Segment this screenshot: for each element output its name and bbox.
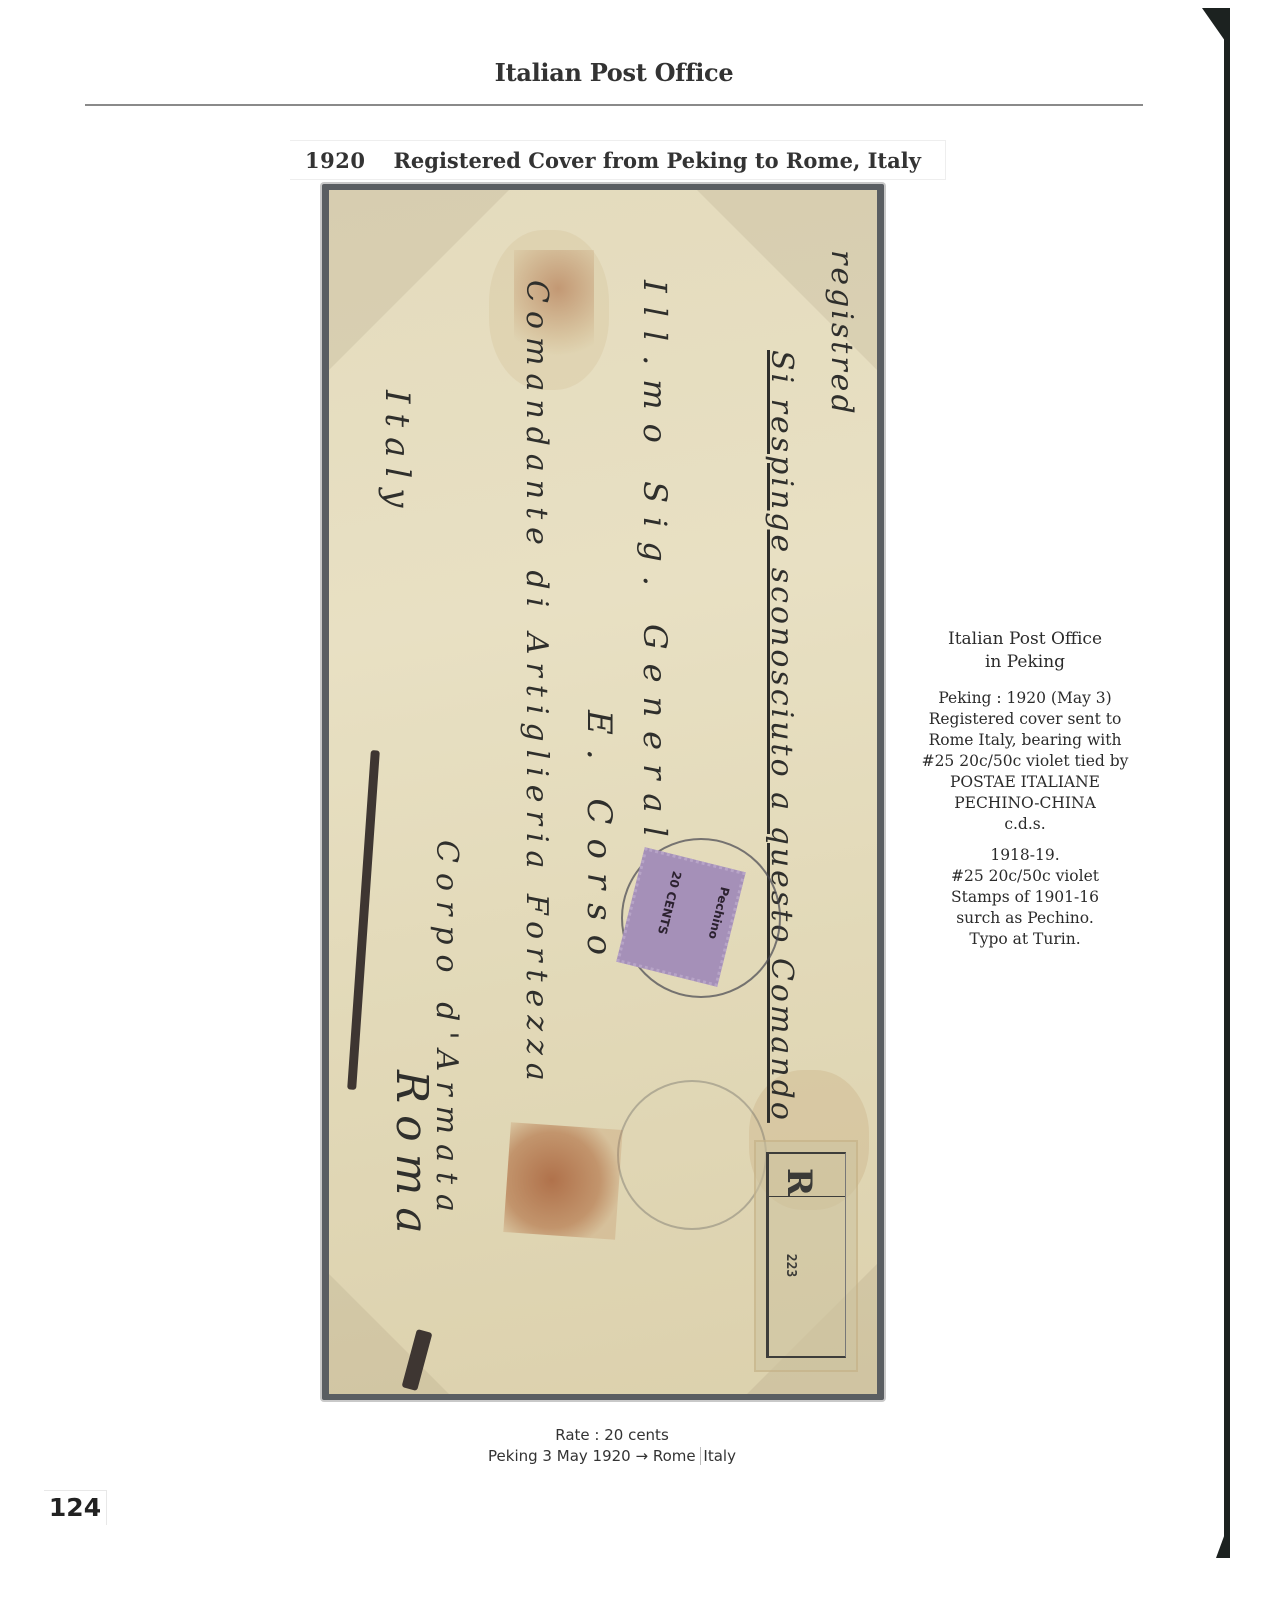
page-title: Italian Post Office	[0, 58, 1228, 87]
cover-year: 1920	[305, 148, 365, 173]
arrow-icon: →	[635, 1447, 648, 1465]
registered-cover-image: registred Si respinge sconosciuto a ques…	[329, 190, 877, 1394]
cover-heading: 1920 Registered Cover from Peking to Rom…	[290, 140, 946, 180]
address-line: E. Corso	[579, 710, 619, 969]
page-edge-corner-bottom	[1216, 1520, 1230, 1558]
cover-heading-text: Registered Cover from Peking to Rome, It…	[393, 148, 920, 173]
description-heading: Italian Post Office in Peking	[905, 628, 1145, 674]
rate-text: Rate : 20 cents	[0, 1425, 1224, 1446]
cover-image-frame: registred Si respinge sconosciuto a ques…	[322, 184, 884, 1400]
registration-letter: R	[779, 1168, 819, 1196]
address-line: Italy	[377, 390, 417, 517]
address-line: Ill.mo Sig. Generale	[636, 280, 674, 884]
description-paragraph-2: 1918-19. #25 20c/50c violet Stamps of 19…	[905, 845, 1145, 950]
address-line: Roma	[386, 1070, 437, 1246]
address-line: Si respinge sconosciuto a questo Comando	[764, 350, 799, 1123]
registered-endorsement: registred	[824, 250, 859, 417]
stamp-surcharge-place: Pechino	[706, 885, 733, 940]
address-line: Comandante di Artiglieria Fortezza	[519, 280, 554, 1089]
page-edge	[1224, 8, 1230, 1558]
registration-number: 223	[783, 1254, 798, 1277]
description-paragraph-1: Peking : 1920 (May 3) Registered cover s…	[905, 688, 1145, 835]
registration-label: R 223	[754, 1140, 858, 1372]
title-divider	[85, 104, 1143, 106]
stamp-surcharge-value: 20 CENTS	[655, 870, 684, 936]
cover-description: Italian Post Office in Peking Peking : 1…	[905, 620, 1145, 960]
chinese-seal-chop	[503, 1122, 622, 1240]
transit-postmark	[617, 1080, 767, 1230]
page-number: 124	[44, 1490, 107, 1525]
route-text: Peking 3 May 1920 → Rome Italy	[0, 1446, 1224, 1467]
cover-caption: Rate : 20 cents Peking 3 May 1920 → Rome…	[0, 1425, 1224, 1467]
